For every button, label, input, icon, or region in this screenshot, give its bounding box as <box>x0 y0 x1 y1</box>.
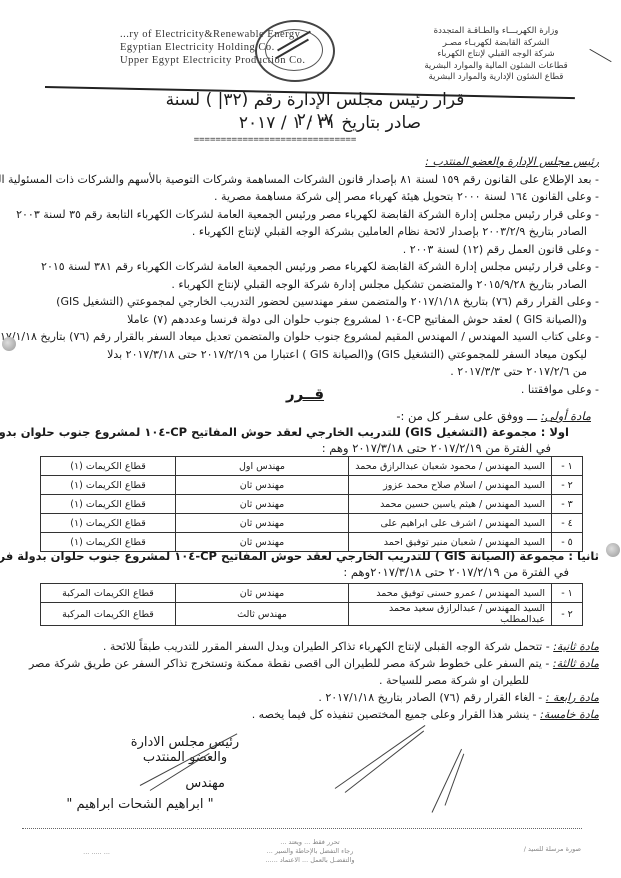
engineer-sector: قطاع الكريمات المركبة <box>41 603 176 626</box>
group1-table: ١ - السيد المهندس / محمود شعبان عبدالراز… <box>40 456 583 552</box>
engineer-sector: قطاع الكريمات (١) <box>41 476 176 495</box>
article-4: مادة رابعة : - الغاء القرار رقم (٧٦) الص… <box>19 689 599 706</box>
row-number: ٣ - <box>552 495 583 514</box>
preamble-line: الصادر بتاريخ ٢٠١٥/٩/٢٨ والمتضمن تشكيل م… <box>19 276 599 294</box>
table-row: ٣ - السيد المهندس / هيثم ياسين حسين محمد… <box>41 495 583 514</box>
pen-mark <box>589 49 611 62</box>
preamble-line: - وعلى كتاب السيد المهندس / المهندس المق… <box>19 328 599 346</box>
article-1-intro: ـــ ووفق على سفـر كل من :- <box>396 409 537 423</box>
footer-ref: ... ..... ... <box>40 848 110 856</box>
article-1: مادة أولى: ـــ ووفق على سفـر كل من :- او… <box>31 408 591 456</box>
group2-header: ثانيا : مجموعة (الصيانة GIS ) للتدريب ال… <box>19 548 599 580</box>
footer-note-line: رجاء التفضل بالإحاطة والسير ... <box>240 847 380 856</box>
engineer-sector: قطاع الكريمات المركبة <box>41 584 176 603</box>
article-label: مادة ثانية: <box>553 640 599 653</box>
article-text: - يتم السفر على خطوط شركة مصر للطيران ال… <box>29 657 549 670</box>
engineer-name: السيد المهندس / اشرف على ابراهيم على <box>349 514 552 533</box>
article-3-cont: للطيران او شركة مصر للسياحة . <box>19 672 599 689</box>
letterhead-ar-line: وزارة الكهربـــاء والطـاقـة المتجددة <box>411 26 581 38</box>
article-text: - الغاء القرار رقم (٧٦) الصادر بتاريخ ٢٠… <box>318 691 542 704</box>
signature-title-line: والعضو المنتدب <box>120 750 250 765</box>
decision-heading: قــرر <box>270 385 340 403</box>
row-number: ١ - <box>552 584 583 603</box>
decision-date: صادر بتاريخ ٣١ / ١ / ٢٠١٧ <box>200 113 460 133</box>
article-text: - تتحمل شركة الوجه القبلى لإنتاج الكهربا… <box>103 640 550 653</box>
engineer-grade: مهندس ثان <box>176 476 349 495</box>
group2-table: ١ - السيد المهندس / عمرو حسنى توفيق محمد… <box>40 583 583 626</box>
preamble-line: ليكون ميعاد السفر للمجموعتي (التشغيل GIS… <box>19 346 599 364</box>
preamble-line: - وعلى قرار رئيس مجلس إدارة الشركة القاب… <box>19 258 599 276</box>
table-row: ٢ - السيد المهندس / عبدالرازق سعيد محمد … <box>41 603 583 626</box>
preamble-line: - وعلى القرار رقم (٧٦) بتاريخ ٢٠١٧/١/١٨ … <box>19 293 599 311</box>
engineer-name: السيد المهندس / محمود شعبان عبدالرازق مح… <box>349 457 552 476</box>
row-number: ٢ - <box>552 476 583 495</box>
table-row: ٤ - السيد المهندس / اشرف على ابراهيم على… <box>41 514 583 533</box>
title-separator: ============================== <box>185 135 365 145</box>
articles: مادة ثانية: - تتحمل شركة الوجه القبلى لإ… <box>19 638 599 723</box>
group2-period: في الفترة من ٢٠١٧/٢/١٩ حتى ٢٠١٧/٣/١٨وهم … <box>19 564 599 580</box>
article-text: - ينشر هذا القرار وعلى جميع المختصين تنف… <box>252 708 537 721</box>
footer-note-line: تحرر فقط ... ويعتد ... <box>240 838 380 847</box>
row-number: ٤ - <box>552 514 583 533</box>
article-3: مادة ثالثة: - يتم السفر على خطوط شركة مص… <box>19 655 599 672</box>
footer-note: تحرر فقط ... ويعتد ... رجاء التفضل بالإح… <box>240 838 380 865</box>
engineer-name: السيد المهندس / هيثم ياسين حسين محمد <box>349 495 552 514</box>
engineer-grade: مهندس ثان <box>176 514 349 533</box>
article-2: مادة ثانية: - تتحمل شركة الوجه القبلى لإ… <box>19 638 599 655</box>
preamble-line: - وعلى قانون العمل رقم (١٢) لسنة ٢٠٠٣ . <box>19 241 599 259</box>
article-label: مادة ثالثة: <box>553 657 599 670</box>
preamble: رئيس مجلس الإدارة والعضو المنتدب : - بعد… <box>19 153 599 398</box>
footer-divider <box>22 828 582 829</box>
preamble-line: الصادر بتاريخ ٢٠٠٣/٢/٩ بإصدار لائحة نظام… <box>19 223 599 241</box>
engineer-grade: مهندس ثالث <box>176 603 349 626</box>
engineer-name: السيد المهندس / عبدالرازق سعيد محمد عبدا… <box>349 603 552 626</box>
preamble-line: - وعلى القانون ١٦٤ لسنة ٢٠٠٠ بتحويل هيئة… <box>19 188 599 206</box>
article-label: مادة خامسة: <box>540 708 599 721</box>
engineer-grade: مهندس ثان <box>176 584 349 603</box>
table-row: ١ - السيد المهندس / عمرو حسنى توفيق محمد… <box>41 584 583 603</box>
table-row: ١ - السيد المهندس / محمود شعبان عبدالراز… <box>41 457 583 476</box>
group1-period: في الفترة من ٢٠١٧/٢/١٩ حتى ٢٠١٧/٣/١٨ وهم… <box>31 440 591 456</box>
preamble-line: - وعلى قرار رئيس مجلس إدارة الشركة القاب… <box>19 206 599 224</box>
punch-hole <box>606 543 620 557</box>
table-row: ٢ - السيد المهندس / اسلام صلاح محمد عزوز… <box>41 476 583 495</box>
group2-title: ثانيا : مجموعة (الصيانة GIS ) للتدريب ال… <box>19 548 599 564</box>
engineer-sector: قطاع الكريمات (١) <box>41 457 176 476</box>
footer-cc: صورة مرسلة للسيد / <box>461 845 581 853</box>
engineer-sector: قطاع الكريمات (١) <box>41 495 176 514</box>
footer-note-line: والتفضـل بالعمل ... الاعتماد ...... <box>240 856 380 865</box>
letterhead-ar-line: قطاعات الشئون المالية والموارد البشرية <box>411 61 581 73</box>
preamble-line: من ٢٠١٧/٢/٦ حتى ٢٠١٧/٣/٣ . <box>19 363 599 381</box>
article-label: مادة رابعة : <box>546 691 599 704</box>
seal-inner-ring <box>265 29 323 71</box>
engineer-grade: مهندس ثان <box>176 495 349 514</box>
handwritten-signature <box>432 749 462 813</box>
letterhead-ar-line: شركة الوجه القبلي لإنتاج الكهرباء <box>411 49 581 61</box>
handwritten-signature <box>345 731 424 793</box>
article-5: مادة خامسة: - ينشر هذا القرار وعلى جميع … <box>19 706 599 723</box>
company-seal-icon <box>255 20 335 82</box>
article-label: مادة أولى: <box>541 409 591 423</box>
preamble-line: و(الصيانة GIS ) لعقد حوش المفاتيح CP-١٠٤… <box>19 311 599 329</box>
row-number: ٢ - <box>552 603 583 626</box>
signature-prefix: مهندس <box>170 776 225 791</box>
letterhead-ar-line: قطاع الشئون الإدارية والموارد البشرية <box>411 72 581 84</box>
punch-hole <box>2 337 16 351</box>
engineer-name: السيد المهندس / اسلام صلاح محمد عزوز <box>349 476 552 495</box>
preamble-line: - بعد الإطلاع على القانون رقم ١٥٩ لسنة ٨… <box>19 171 599 189</box>
handwritten-signature <box>335 725 426 789</box>
group1-title: اولا : مجموعة (التشغيل GIS) للتدريب الخا… <box>31 424 591 440</box>
engineer-sector: قطاع الكريمات (١) <box>41 514 176 533</box>
row-number: ١ - <box>552 457 583 476</box>
signatory-name: " ابراهيم الشحات ابراهيم " <box>60 797 220 812</box>
letterhead-ar-line: الشركة القابضة لكهربـاء مصـر <box>411 38 581 50</box>
engineer-grade: مهندس اول <box>176 457 349 476</box>
letterhead-arabic: وزارة الكهربـــاء والطـاقـة المتجددة الش… <box>411 26 581 84</box>
preamble-heading: رئيس مجلس الإدارة والعضو المنتدب : <box>19 153 599 171</box>
engineer-name: السيد المهندس / عمرو حسنى توفيق محمد <box>349 584 552 603</box>
